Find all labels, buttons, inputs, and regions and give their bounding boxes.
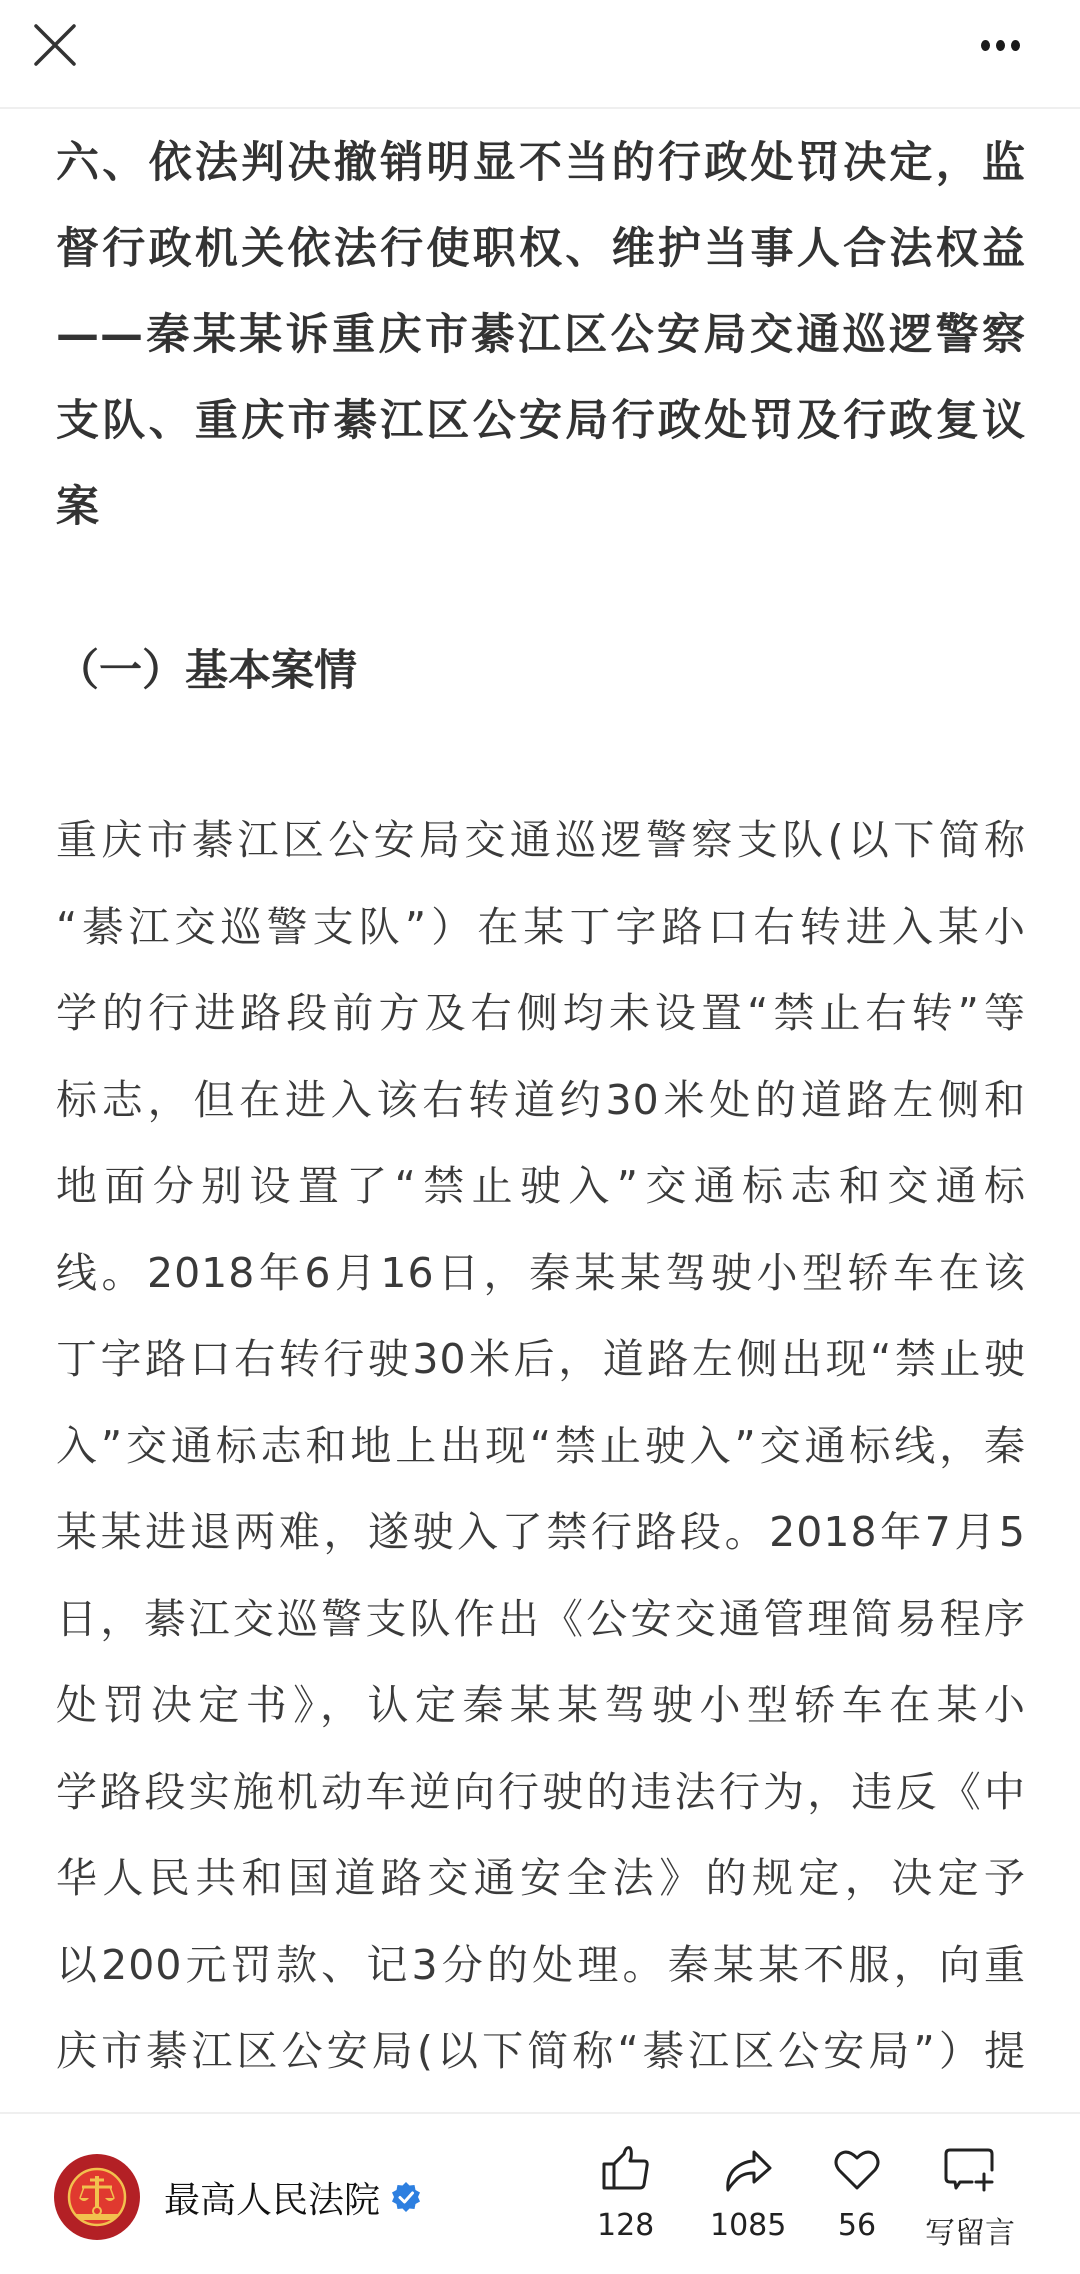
more-dot: [996, 40, 1005, 51]
like-button[interactable]: 128: [597, 2142, 654, 2243]
write-comment-label: 写留言: [925, 2208, 1015, 2252]
more-options-button[interactable]: [970, 28, 1030, 62]
body-line: 华人民共和国道路交通安全法》的规定，决定予: [56, 1835, 1026, 1922]
heading-line: 支队、重庆市綦江区公安局行政处罚及行政复议: [56, 378, 1026, 464]
favorite-count: 56: [838, 2208, 876, 2243]
section-title: （一）基本案情: [56, 628, 357, 714]
write-comment-button[interactable]: 写留言: [925, 2142, 1015, 2252]
heart-icon: [829, 2142, 885, 2198]
author-profile[interactable]: 最高人民法院: [54, 2154, 422, 2240]
author-name[interactable]: 最高人民法院: [164, 2172, 380, 2223]
share-forward-icon: [720, 2142, 776, 2198]
body-line: 丁字路口右转行驶30米后，道路左侧出现“禁止驶: [56, 1316, 1026, 1403]
thumbs-up-icon: [598, 2142, 654, 2198]
body-line: 地面分别设置了“禁止驶入”交通标志和交通标: [56, 1143, 1026, 1230]
more-dots-icon: [981, 40, 990, 51]
like-count: 128: [597, 2208, 654, 2243]
more-dot: [1011, 40, 1020, 51]
bottom-action-bar: 最高人民法院 128 1085 56 写留言: [0, 2112, 1080, 2274]
body-line: 重庆市綦江区公安局交通巡逻警察支队(以下简称: [56, 797, 1026, 884]
body-line: 线。2018年6月16日，秦某某驾驶小型轿车在该: [56, 1230, 1026, 1317]
close-icon: [30, 20, 80, 70]
share-button[interactable]: 1085: [710, 2142, 786, 2243]
verified-badge-icon: [390, 2181, 422, 2213]
body-line: 标志，但在进入该右转道约30米处的道路左侧和: [56, 1057, 1026, 1144]
body-line: 处罚决定书》，认定秦某某驾驶小型轿车在某小: [56, 1662, 1026, 1749]
favorite-button[interactable]: 56: [829, 2142, 885, 2243]
heading-line: 督行政机关依法行使职权、维护当事人合法权益: [56, 206, 1026, 292]
heading-line: 六、依法判决撤销明显不当的行政处罚决定，监: [56, 120, 1026, 206]
close-button[interactable]: [30, 20, 80, 70]
body-line: 以200元罚款、记3分的处理。秦某某不服，向重: [56, 1922, 1026, 2009]
heading-line: ——秦某某诉重庆市綦江区公安局交通巡逻警察: [56, 292, 1026, 378]
heading-line: 案: [56, 464, 1026, 550]
body-line: 某某进退两难，遂驶入了禁行路段。2018年7月5: [56, 1489, 1026, 1576]
body-line: 入”交通标志和地上出现“禁止驶入”交通标线，秦: [56, 1403, 1026, 1490]
body-line: 日，綦江交巡警支队作出《公安交通管理简易程序: [56, 1576, 1026, 1663]
body-line: “綦江交巡警支队”）在某丁字路口右转进入某小: [56, 884, 1026, 971]
comment-add-icon: [942, 2142, 998, 2198]
article-heading: 六、依法判决撤销明显不当的行政处罚决定，监 督行政机关依法行使职权、维护当事人合…: [56, 120, 1026, 550]
avatar[interactable]: [54, 2154, 140, 2240]
body-line: 学的行进路段前方及右侧均未设置“禁止右转”等: [56, 970, 1026, 1057]
body-line: 学路段实施机动车逆向行驶的违法行为，违反《中: [56, 1749, 1026, 1836]
top-bar: [0, 0, 1080, 109]
article-body: 重庆市綦江区公安局交通巡逻警察支队(以下简称 “綦江交巡警支队”）在某丁字路口右…: [56, 797, 1026, 2095]
body-line: 庆市綦江区公安局(以下简称“綦江区公安局”）提: [56, 2008, 1026, 2095]
court-emblem-icon: [62, 2162, 132, 2232]
share-count: 1085: [710, 2208, 786, 2243]
article-content: 六、依法判决撤销明显不当的行政处罚决定，监 督行政机关依法行使职权、维护当事人合…: [56, 120, 1026, 550]
